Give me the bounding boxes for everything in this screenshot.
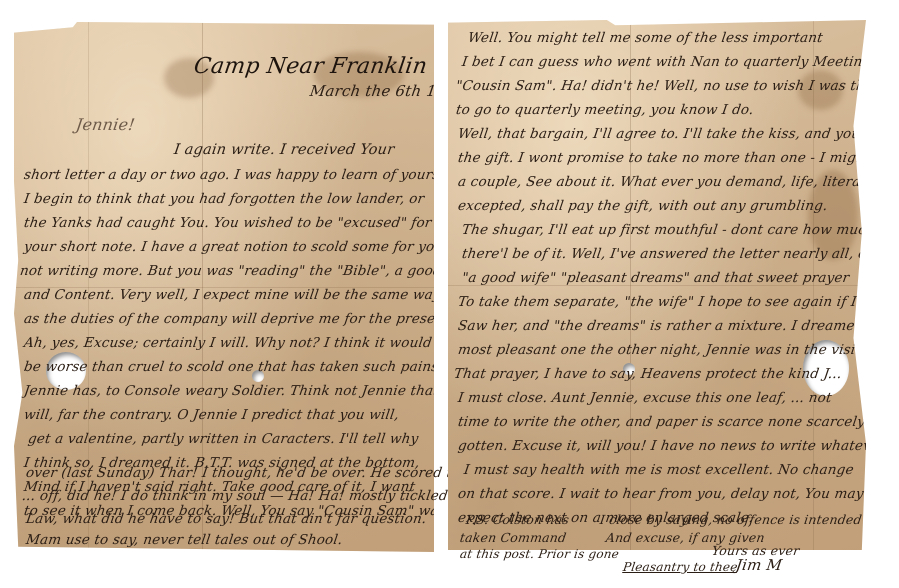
text-line: gotten. Excuse it, will you! I have no n… bbox=[457, 438, 887, 454]
text-line: as the duties of the company will depriv… bbox=[23, 311, 456, 327]
text-line: the Yanks had caught You. You wished to … bbox=[23, 215, 433, 231]
text-line: over (last Sunday) Thar! I thought, he'd… bbox=[25, 465, 471, 481]
text-line: The shugar, I'll eat up first mouthful -… bbox=[461, 222, 876, 238]
postscript-line: at this post. Prior is gone bbox=[459, 547, 620, 561]
text-line: Jennie has, to Console weary Soldier. Th… bbox=[23, 383, 450, 399]
postscript-line: taken Command bbox=[459, 530, 567, 545]
text-line: "a good wife" "pleasant dreams" and that… bbox=[461, 270, 850, 286]
letter-page-right: Well. You might tell me some of the less… bbox=[448, 20, 866, 550]
text-line: ... off, did he! I do think in my soul —… bbox=[21, 488, 454, 504]
text-line: I bet I can guess who went with Nan to q… bbox=[461, 54, 873, 70]
text-line: on that score. I wait to hear from you, … bbox=[457, 486, 865, 502]
text-line: I must close. Aunt Jennie, excuse this o… bbox=[457, 390, 833, 406]
text-line: I again write. I received Your bbox=[173, 142, 396, 158]
text-line: Law, what did he have to say! But that a… bbox=[25, 511, 428, 527]
text-line: To take them separate, "the wife" I hope… bbox=[457, 294, 893, 310]
text-line: I must say health with me is most excell… bbox=[463, 462, 855, 478]
text-line: That prayer, I have to say, Heavens prot… bbox=[453, 366, 843, 382]
postscript-line: P.S. Colston has bbox=[465, 512, 570, 527]
letter-heading: Camp Near Franklin bbox=[192, 54, 429, 79]
closing-line: I close by saying, no offence is intende… bbox=[599, 512, 863, 527]
text-line: excepted, shall pay the gift, with out a… bbox=[457, 198, 829, 214]
text-line: get a valentine, partly written in Carac… bbox=[27, 431, 420, 447]
text-line: Saw her, and "the dreams" is rather a mi… bbox=[457, 318, 895, 334]
text-line: short letter a day or two ago. I was hap… bbox=[23, 167, 441, 183]
text-line: the gift. I wont promise to take no more… bbox=[457, 150, 899, 166]
text-line: not writing more. But you was "reading" … bbox=[19, 263, 486, 279]
text-line: and Content. Very well, I expect mine wi… bbox=[23, 287, 445, 303]
text-line: Mam use to say, never tell tales out of … bbox=[25, 532, 344, 548]
signature: Jim M bbox=[735, 556, 784, 574]
text-line: will, far the contrary. O Jennie I predi… bbox=[23, 407, 400, 423]
text-line: I begin to think that you had forgotten … bbox=[23, 191, 425, 207]
text-line: time to write the other, and paper is sc… bbox=[457, 414, 899, 430]
text-line: there'l be of it. Well, I've answered th… bbox=[461, 246, 899, 262]
text-line: most pleasant one the other night, Jenni… bbox=[457, 342, 878, 358]
text-line: a couple, See about it. What ever you de… bbox=[457, 174, 879, 190]
text-line: Well, that bargain, I'll agree to. I'll … bbox=[457, 126, 862, 142]
text-line: "Cousin Sam". Ha! didn't he! Well, no us… bbox=[455, 78, 889, 94]
letter-date: March the 6th 186- bbox=[309, 82, 462, 100]
text-line: to go to quarterly meeting, you know I d… bbox=[455, 102, 755, 118]
text-line: Ah, yes, Excuse; certainly I will. Why n… bbox=[23, 335, 433, 351]
text-line: your short note. I have a great notion t… bbox=[23, 239, 444, 255]
signoff: Pleasantry to thee bbox=[622, 560, 739, 574]
text-line: be worse than cruel to scold one that ha… bbox=[23, 359, 460, 375]
text-line: Well. You might tell me some of the less… bbox=[467, 30, 824, 46]
salutation: Jennie! bbox=[75, 115, 137, 134]
